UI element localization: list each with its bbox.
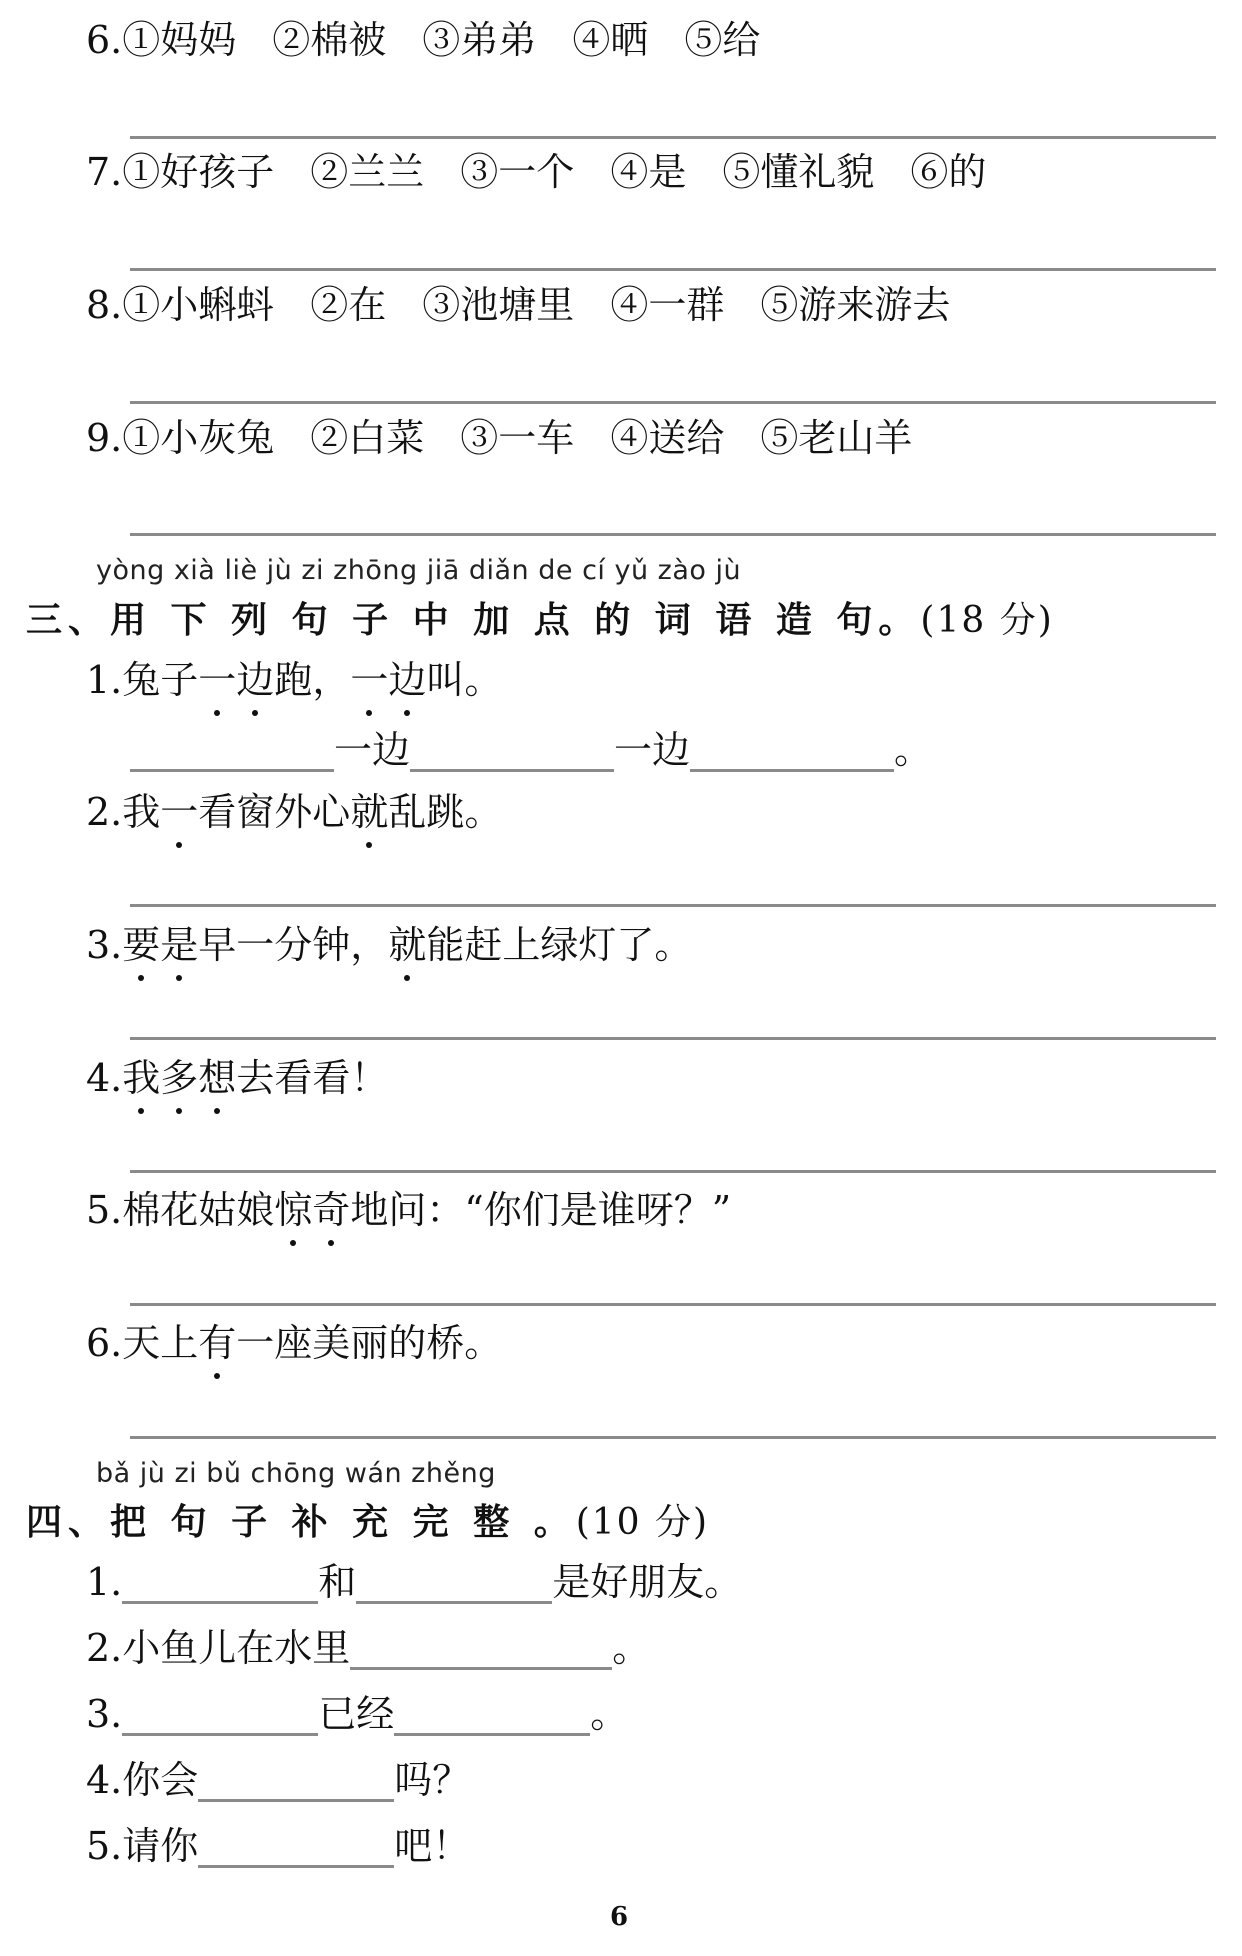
section3-heading: 三、用 下 列 句 子 中 加 点 的 词 语 造 句。(18 分) (26, 592, 1054, 643)
section4-heading: 四、把 句 子 补 充 完 整 。(10 分) (26, 1494, 709, 1545)
option: ③池塘里 (422, 283, 574, 327)
option: ④送给 (610, 416, 724, 460)
item-number: 4. (86, 1758, 122, 1802)
option: ①小蝌蚪 (122, 283, 274, 327)
blank-field[interactable] (198, 1825, 394, 1868)
section3-title: 三、用 下 列 句 子 中 加 点 的 词 语 造 句。 (26, 600, 920, 641)
dotted-char: 就 (350, 790, 388, 834)
sentence-text: 能赶上绿灯了。 (426, 923, 692, 967)
fill-word: 一边 (614, 728, 690, 772)
dotted-char: 是 (160, 923, 198, 967)
sentence-text: 地问：“你们是谁呀？” (350, 1188, 731, 1232)
item-number: 5. (86, 1188, 122, 1232)
answer-line-9[interactable] (130, 533, 1216, 536)
dotted-char: 一 (198, 658, 236, 702)
blank-field[interactable] (356, 1561, 552, 1604)
sentence-text: 是好朋友。 (552, 1560, 742, 1604)
answer-line-s3-3[interactable] (130, 1037, 1216, 1040)
item-number: 3. (86, 1692, 122, 1736)
blank-field[interactable] (350, 1627, 612, 1670)
sentence-text: 我 (122, 790, 160, 834)
blank-field[interactable] (690, 729, 894, 772)
s3-item-3: 3.要是早一分钟，就能赶上绿灯了。 (86, 923, 692, 967)
sentence-text: 请你 (122, 1824, 198, 1868)
blank-field[interactable] (410, 729, 614, 772)
sentence-text: 天上 (122, 1321, 198, 1365)
dotted-char: 就 (388, 923, 426, 967)
dotted-char: 边 (388, 658, 426, 702)
sentence-text: 已经 (318, 1692, 394, 1736)
option: ②白菜 (310, 416, 424, 460)
item-number: 2. (86, 1626, 122, 1670)
sentence-text: 棉花姑娘 (122, 1188, 274, 1232)
option: ④晒 (572, 18, 648, 62)
option: ⑤老山羊 (760, 416, 912, 460)
option: ⑤给 (684, 18, 760, 62)
sentence-text: 兔子 (122, 658, 198, 702)
sentence-text: 和 (318, 1560, 356, 1604)
section3-score: (18 分) (920, 600, 1053, 641)
option: ⑤游来游去 (760, 283, 950, 327)
option: ④一群 (610, 283, 724, 327)
sentence-text: 一座美丽的桥。 (236, 1321, 502, 1365)
sentence-text: 你会 (122, 1758, 198, 1802)
sentence-text: 吧！ (394, 1824, 470, 1868)
sentence-text: 吗？ (394, 1758, 470, 1802)
s3-item-2: 2.我一看窗外心就乱跳。 (86, 790, 502, 834)
sentence-text: 叫。 (426, 658, 502, 702)
dotted-char: 想 (198, 1056, 236, 1100)
s4-item-5: 5.请你吧！ (86, 1824, 470, 1868)
option: ②兰兰 (310, 150, 424, 194)
sentence-text: 早一分钟， (198, 923, 388, 967)
blank-field[interactable] (394, 1693, 590, 1736)
option: ⑥的 (910, 150, 986, 194)
s3-item-5: 5.棉花姑娘惊奇地问：“你们是谁呀？” (86, 1188, 731, 1232)
section4-pinyin: bǎ jù zi bǔ chōng wán zhěng (96, 1458, 496, 1489)
item-number: 3. (86, 923, 122, 967)
item-number: 1. (86, 658, 122, 702)
answer-line-s3-2[interactable] (130, 904, 1216, 907)
dotted-char: 有 (198, 1321, 236, 1365)
option: ①妈妈 (122, 18, 236, 62)
s3-item-1-fill: 一边一边。 (130, 728, 932, 772)
sentence-text: 去看看！ (236, 1056, 388, 1100)
item-number: 2. (86, 790, 122, 834)
option: ③一车 (460, 416, 574, 460)
item-number: 9. (86, 416, 122, 460)
item-number: 1. (86, 1560, 122, 1604)
sentence-text: 。 (612, 1626, 650, 1670)
fill-word: 一边 (334, 728, 410, 772)
option: ④是 (610, 150, 686, 194)
answer-line-6[interactable] (130, 136, 1216, 139)
answer-line-7[interactable] (130, 268, 1216, 271)
s4-item-2: 2.小鱼儿在水里。 (86, 1626, 650, 1670)
s4-item-1: 1.和是好朋友。 (86, 1560, 742, 1604)
page-number: 6 (610, 1902, 628, 1932)
dotted-char: 一 (350, 658, 388, 702)
item-number: 8. (86, 283, 122, 327)
item-number: 5. (86, 1824, 122, 1868)
sentence-text: 看窗外心 (198, 790, 350, 834)
blank-field[interactable] (198, 1759, 394, 1802)
answer-line-s3-5[interactable] (130, 1303, 1216, 1306)
sentence-text: 。 (590, 1692, 628, 1736)
item-number: 6. (86, 1321, 122, 1365)
ordering-item-7: 7.①好孩子②兰兰③一个④是⑤懂礼貌⑥的 (86, 150, 1022, 194)
dotted-char: 我 (122, 1056, 160, 1100)
answer-line-s3-4[interactable] (130, 1170, 1216, 1173)
s3-item-6: 6.天上有一座美丽的桥。 (86, 1321, 502, 1365)
fill-end: 。 (894, 728, 932, 772)
ordering-item-6: 6.①妈妈②棉被③弟弟④晒⑤给 (86, 18, 796, 62)
option: ①小灰兔 (122, 416, 274, 460)
answer-line-8[interactable] (130, 401, 1216, 404)
item-number: 7. (86, 150, 122, 194)
option: ②棉被 (272, 18, 386, 62)
blank-field[interactable] (122, 1561, 318, 1604)
section4-score: (10 分) (576, 1502, 709, 1543)
item-number: 4. (86, 1056, 122, 1100)
sentence-text: 跑， (274, 658, 350, 702)
ordering-item-8: 8.①小蝌蚪②在③池塘里④一群⑤游来游去 (86, 283, 986, 327)
dotted-char: 惊 (274, 1188, 312, 1232)
dotted-char: 多 (160, 1056, 198, 1100)
dotted-char: 要 (122, 923, 160, 967)
option: ③弟弟 (422, 18, 536, 62)
option: ③一个 (460, 150, 574, 194)
option: ①好孩子 (122, 150, 274, 194)
section3-pinyin: yòng xià liè jù zi zhōng jiā diǎn de cí … (96, 555, 741, 586)
blank-field[interactable] (122, 1693, 318, 1736)
s4-item-4: 4.你会吗？ (86, 1758, 470, 1802)
ordering-item-9: 9.①小灰兔②白菜③一车④送给⑤老山羊 (86, 416, 948, 460)
section4-title: 四、把 句 子 补 充 完 整 。 (26, 1502, 576, 1543)
answer-line-s3-6[interactable] (130, 1436, 1216, 1439)
blank-field[interactable] (130, 729, 334, 772)
s3-item-4: 4.我多想去看看！ (86, 1056, 388, 1100)
item-number: 6. (86, 18, 122, 62)
s4-item-3: 3.已经。 (86, 1692, 628, 1736)
s3-item-1: 1.兔子一边跑，一边叫。 (86, 658, 502, 702)
dotted-char: 边 (236, 658, 274, 702)
dotted-char: 奇 (312, 1188, 350, 1232)
dotted-char: 一 (160, 790, 198, 834)
sentence-text: 小鱼儿在水里 (122, 1626, 350, 1670)
option: ⑤懂礼貌 (722, 150, 874, 194)
option: ②在 (310, 283, 386, 327)
sentence-text: 乱跳。 (388, 790, 502, 834)
